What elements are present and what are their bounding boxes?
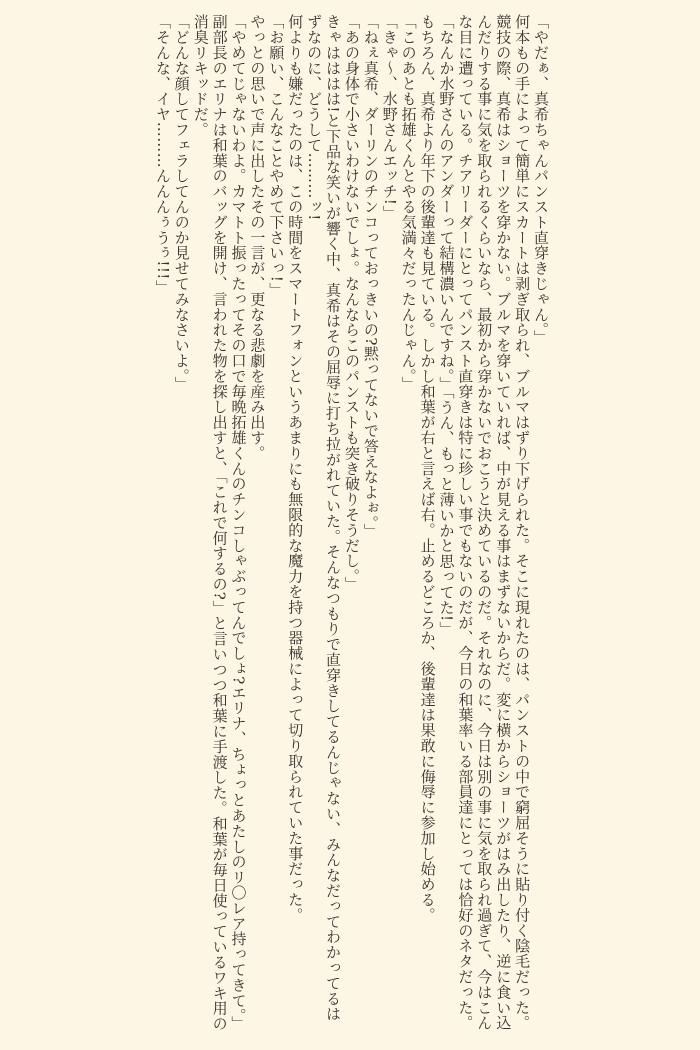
paragraph: 副部長のエリナは和葉のバッグを開け、言われた物を探し出すと、「これで何するの?」… xyxy=(191,14,229,1036)
paragraph: 「このあとも拓雄くんとやる気満々だったんじゃん。」 xyxy=(399,14,418,1036)
vertical-text-block: 「やだぁ、真希ちゃんパンスト直穿きじゃん。」 何本もの手によって簡単にスカートは… xyxy=(153,14,550,1036)
novel-page: 「やだぁ、真希ちゃんパンスト直穿きじゃん。」 何本もの手によって簡単にスカートは… xyxy=(0,0,700,1050)
paragraph: 「お願い、こんなことやめて下さいっ!」 xyxy=(266,14,285,1036)
paragraph: 「そんな、イヤ………んんんぅうぅ!!!」 xyxy=(153,14,172,1036)
paragraph: 「やだぁ、真希ちゃんパンスト直穿きじゃん。」 xyxy=(531,14,550,1036)
paragraph: きゃはははは!と下品な笑いが響く中、真希はその屈辱に打ち拉がれていた。そんなつも… xyxy=(304,14,342,1036)
paragraph: やっとの思いで声に出したその一言が、更なる悲劇を産み出す。 xyxy=(248,14,267,1036)
paragraph: 「あの身体で小さいわけないでしょ。なんならこのパンストも突き破りそうだし。」 xyxy=(342,14,361,1036)
paragraph: 何本もの手によって簡単にスカートは剥ぎ取られ、ブルマはずり下げられた。そこに現れ… xyxy=(512,14,531,1036)
paragraph: 「やめてじゃないわよ。カマトト振ったってその口で毎晩拓雄くんのチンコしゃぶってん… xyxy=(229,14,248,1036)
paragraph: 「どんな顔してフェラしてんのか見せてみなさいよ。」 xyxy=(172,14,191,1036)
paragraph: 競技の際、真希はショーツを穿かない。ブルマを穿いていれば、中が見える事はまずない… xyxy=(455,14,512,1036)
paragraph: 何よりも嫌だったのは、この時間をスマートフォンというあまりにも無限的な魔力を持つ… xyxy=(285,14,304,1036)
paragraph: 「きゃ〜、水野さんエッチ!」 xyxy=(380,14,399,1036)
paragraph: もちろん、真希より年下の後輩達も見ている。しかし和葉が右と言えば右。止めるどころ… xyxy=(418,14,437,1036)
paragraph: 「なんか水野さんのアンダーって結構濃いんですね。」「うん、もっと薄いかと思ってた… xyxy=(437,14,456,1036)
paragraph: 「ねぇ真希、ダーリンのチンコっておっきいの?黙ってないで答えなよぉ。」 xyxy=(361,14,380,1036)
